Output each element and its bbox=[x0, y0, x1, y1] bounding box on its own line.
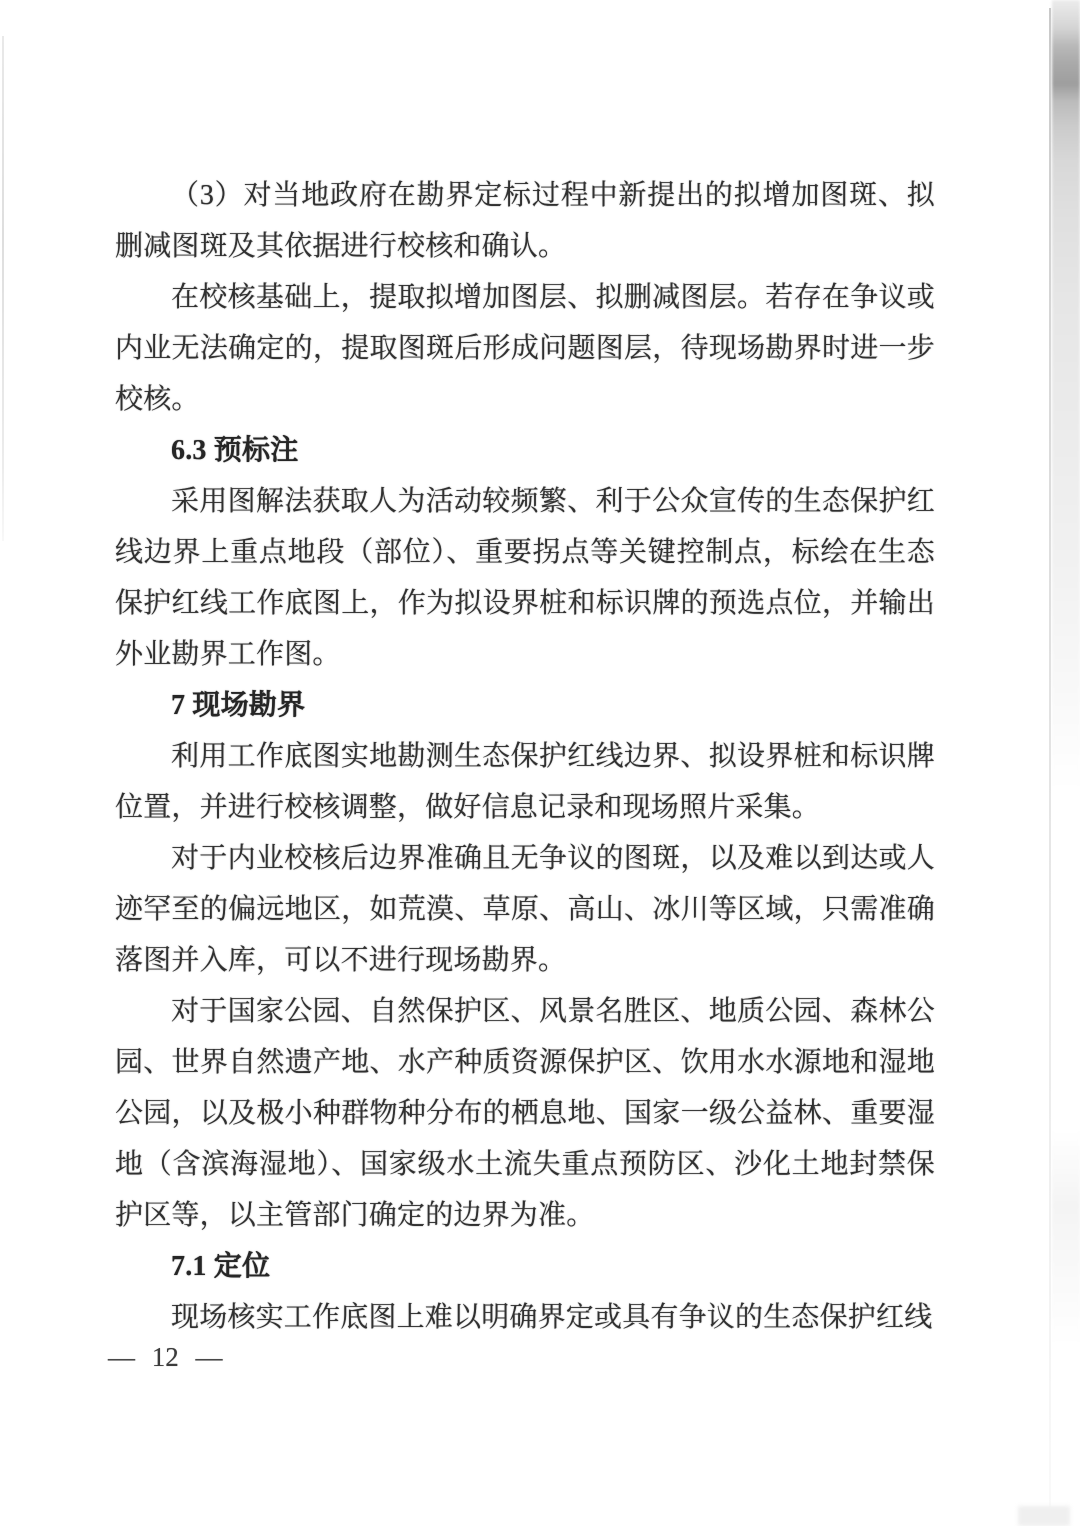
scan-left-edge-line bbox=[2, 36, 4, 541]
paragraph: 采用图解法获取人为活动较频繁、利于公众宣传的生态保护红线边界上重点地段（部位）、… bbox=[115, 476, 935, 680]
paragraph: 在校核基础上，提取拟增加图层、拟删减图层。若存在争议或内业无法确定的，提取图斑后… bbox=[115, 272, 935, 425]
document-content: （3）对当地政府在勘界定标过程中新提出的拟增加图斑、拟删减图斑及其依据进行校核和… bbox=[115, 170, 935, 1343]
paragraph: 对于内业校核后边界准确且无争议的图斑，以及难以到达或人迹罕至的偏远地区，如荒漠、… bbox=[115, 833, 935, 986]
section-heading: 7 现场勘界 bbox=[115, 680, 935, 731]
scan-right-edge-line bbox=[1049, 8, 1051, 1520]
section-heading: 6.3 预标注 bbox=[115, 425, 935, 476]
paragraph: 利用工作底图实地勘测生态保护红线边界、拟设界桩和标识牌位置，并进行校核调整，做好… bbox=[115, 731, 935, 833]
document-page: （3）对当地政府在勘界定标过程中新提出的拟增加图斑、拟删减图斑及其依据进行校核和… bbox=[0, 0, 1080, 1526]
page-number: — 12 — bbox=[108, 1342, 223, 1372]
section-heading: 7.1 定位 bbox=[115, 1241, 935, 1292]
paragraph: 现场核实工作底图上难以明确界定或具有争议的生态保护红线 bbox=[115, 1292, 935, 1343]
scan-right-edge-shadow bbox=[1052, 0, 1080, 1526]
paragraph: （3）对当地政府在勘界定标过程中新提出的拟增加图斑、拟删减图斑及其依据进行校核和… bbox=[115, 170, 935, 272]
paragraph: 对于国家公园、自然保护区、风景名胜区、地质公园、森林公园、世界自然遗产地、水产种… bbox=[115, 986, 935, 1241]
scan-bottom-smudge bbox=[1018, 1506, 1070, 1526]
